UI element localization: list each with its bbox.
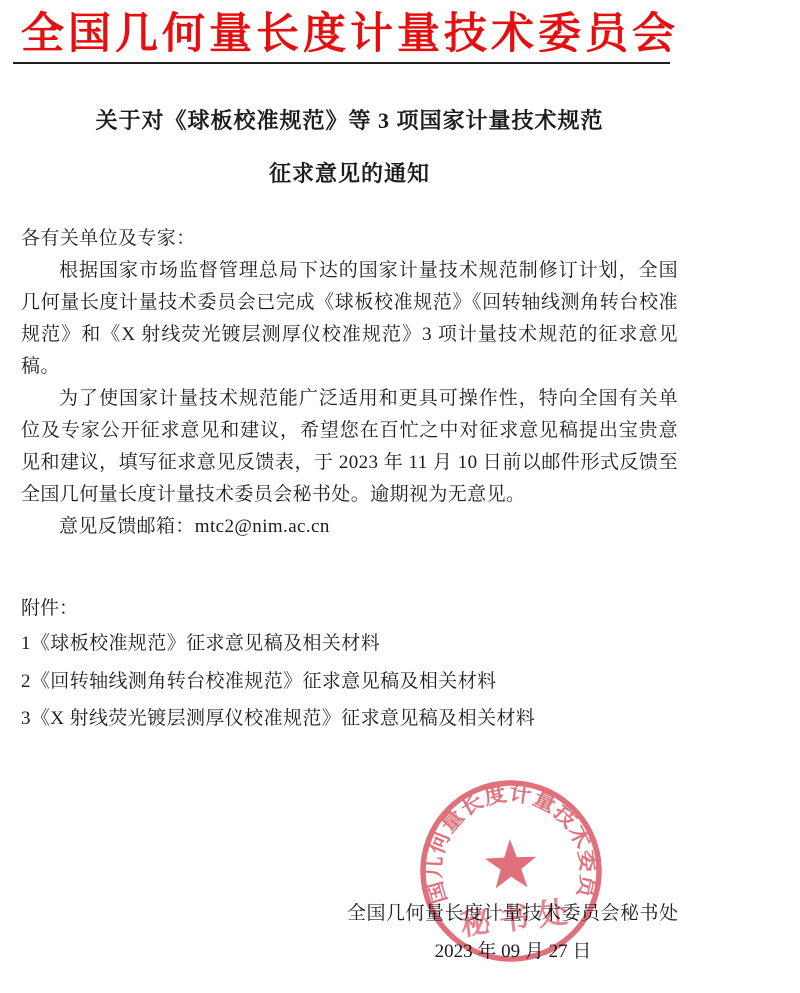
attachment-item-2: 2《回转轴线测角转台校准规范》征求意见稿及相关材料 xyxy=(21,663,678,701)
seal-star-icon xyxy=(484,838,537,889)
document-page: 全国几何量长度计量技术委员会 关于对《球板校准规范》等 3 项国家计量技术规范 … xyxy=(0,0,800,993)
salutation: 各有关单位及专家： xyxy=(21,223,678,255)
doc-title-line1: 关于对《球板校准规范》等 3 项国家计量技术规范 xyxy=(21,106,678,136)
body-text: 各有关单位及专家： 根据国家市场监督管理总局下达的国家计量技术规范制修订计划，全… xyxy=(21,223,678,543)
doc-title-line2: 征求意见的通知 xyxy=(21,159,678,189)
letterhead-org-name: 全国几何量长度计量技术委员会 xyxy=(21,0,678,58)
paragraph-email: 意见反馈邮箱：mtc2@nim.ac.cn xyxy=(21,511,678,543)
seal-graphic: 全国几何量长度计量技术委员会 秘书处 xyxy=(413,773,610,970)
paragraph-2: 为了使国家计量技术规范能广泛适用和更具可操作性，特向全国有关单位及专家公开征求意… xyxy=(21,383,678,511)
seal-ring-text-wrap: 全国几何量长度计量技术委员会 xyxy=(413,773,603,908)
paragraph-1: 根据国家市场监督管理总局下达的国家计量技术规范制修订计划，全国几何量长度计量技术… xyxy=(21,255,678,383)
seal-ring-text: 全国几何量长度计量技术委员会 xyxy=(413,773,603,908)
seal-center-label: 秘书处 xyxy=(458,895,578,942)
official-seal: 全国几何量长度计量技术委员会 秘书处 xyxy=(413,773,610,970)
attachments-section: 附件： 1《球板校准规范》征求意见稿及相关材料 2《回转轴线测角转台校准规范》征… xyxy=(21,593,678,738)
attachment-item-1: 1《球板校准规范》征求意见稿及相关材料 xyxy=(21,625,678,663)
attachment-item-3: 3《X 射线荧光镀层测厚仪校准规范》征求意见稿及相关材料 xyxy=(21,700,678,738)
document-content: 全国几何量长度计量技术委员会 关于对《球板校准规范》等 3 项国家计量技术规范 … xyxy=(21,0,678,738)
letterhead-divider xyxy=(13,62,670,64)
attachments-label: 附件： xyxy=(21,593,678,625)
